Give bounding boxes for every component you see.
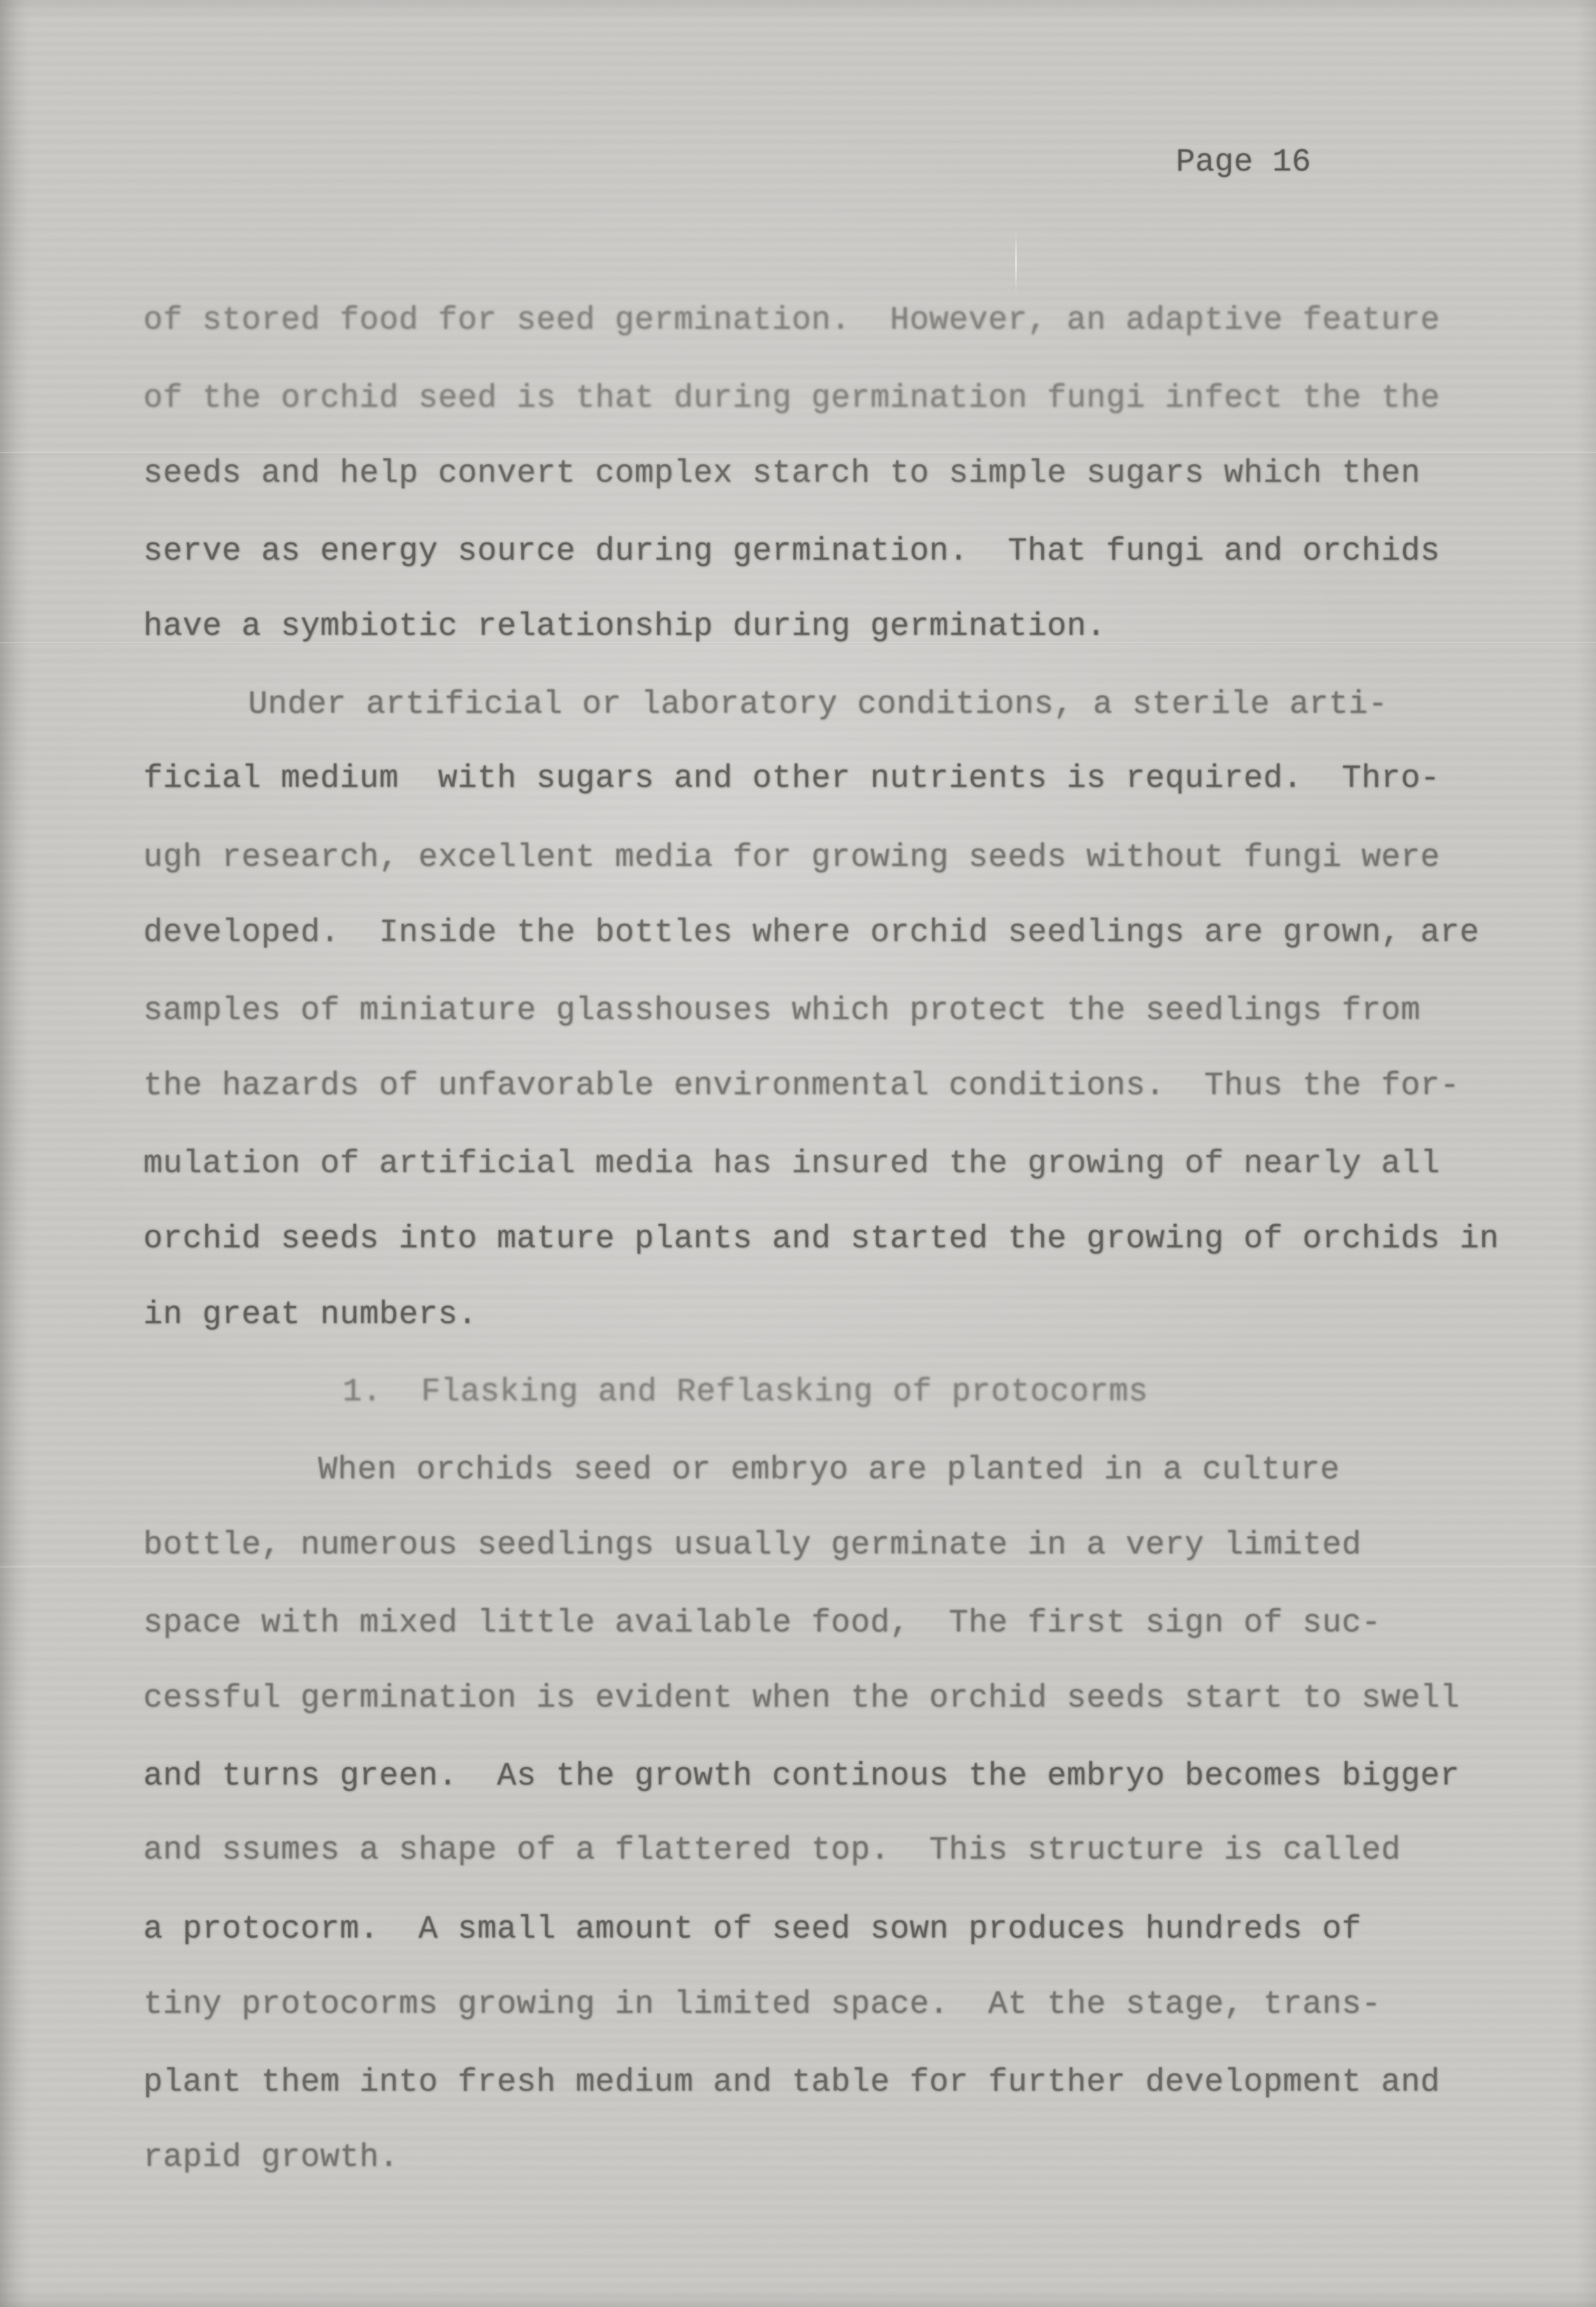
section-heading-line: 1. Flasking and Reflasking of protocorms [143, 1354, 1527, 1431]
text-line: mulation of artificial media has insured… [143, 1126, 1527, 1202]
text-line: space with mixed little available food, … [143, 1585, 1527, 1662]
typewritten-text-block: of stored food for seed germination. How… [143, 282, 1527, 2197]
text-line: plant them into fresh medium and table f… [143, 2044, 1527, 2121]
text-line: serve as energy source during germinatio… [143, 513, 1527, 590]
scanned-document-page: Page 16 of stored food for seed germinat… [0, 0, 1596, 2307]
text-line: cessful germination is evident when the … [143, 1660, 1527, 1737]
text-line: a protocorm. A small amount of seed sown… [143, 1891, 1527, 1968]
text-line: developed. Inside the bottles where orch… [143, 895, 1527, 972]
text-line: of stored food for seed germination. How… [143, 282, 1527, 359]
text-line: Under artificial or laboratory condition… [143, 666, 1527, 743]
text-line: have a symbiotic relationship during ger… [143, 589, 1527, 666]
text-line: tiny protocorms growing in limited space… [143, 1967, 1527, 2043]
text-line: of the orchid seed is that during germin… [143, 360, 1527, 437]
text-line: in great numbers. [143, 1277, 1527, 1353]
text-line: orchid seeds into mature plants and star… [143, 1201, 1527, 1278]
text-line: and turns green. As the growth continous… [143, 1738, 1527, 1815]
text-line: When orchids seed or embryo are planted … [143, 1432, 1527, 1509]
text-line: seeds and help convert complex starch to… [143, 436, 1527, 512]
text-line: bottle, numerous seedlings usually germi… [143, 1507, 1527, 1584]
page-number: Page 16 [1176, 144, 1311, 180]
text-line: and ssumes a shape of a flattered top. T… [143, 1813, 1527, 1890]
text-line: samples of miniature glasshouses which p… [143, 972, 1527, 1049]
text-line: the hazards of unfavorable environmental… [143, 1048, 1527, 1125]
text-line: ugh research, excellent media for growin… [143, 819, 1527, 896]
text-line: ficial medium with sugars and other nutr… [143, 741, 1527, 818]
text-line: rapid growth. [143, 2120, 1527, 2197]
